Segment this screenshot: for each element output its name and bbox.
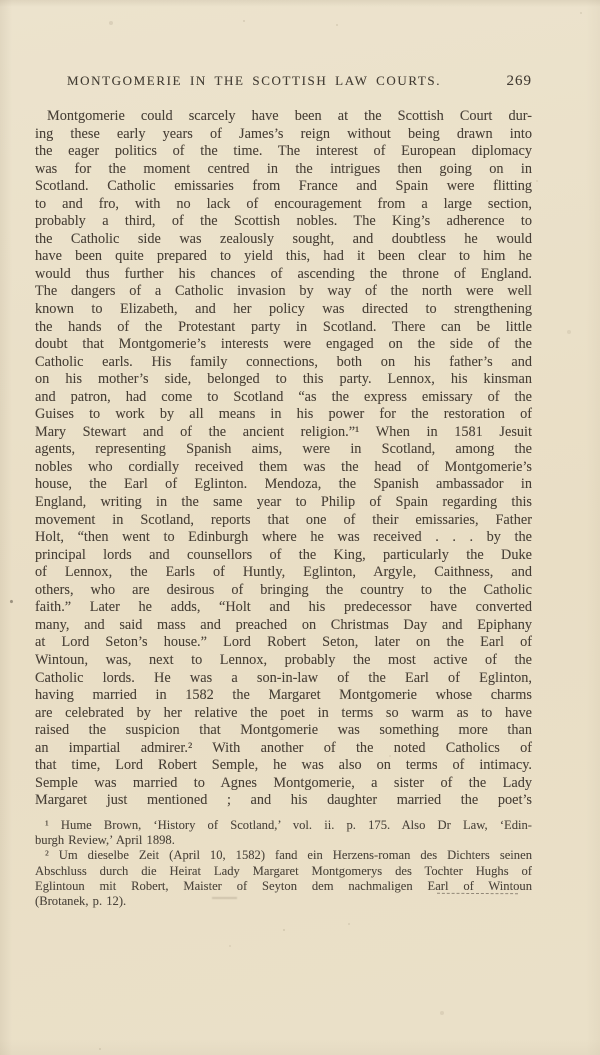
text-line: an impartial admirer.² With another of t… [35, 740, 532, 758]
text-line: Semple was married to Agnes Montgomerie,… [35, 775, 532, 793]
text-line: Holt, “then went to Edinburgh where he w… [35, 529, 532, 547]
running-head-title: MONTGOMERIE IN THE SCOTTISH LAW COURTS. [35, 73, 441, 89]
footnote-line: ¹ Hume Brown, ‘History of Scotland,’ vol… [35, 818, 532, 833]
text-line: nobles who cordially received them was t… [35, 459, 532, 477]
text-line: faith.” Later he adds, “Holt and his pre… [35, 599, 532, 617]
book-page: MONTGOMERIE IN THE SCOTTISH LAW COURTS. … [0, 0, 600, 1055]
text-line: many, and said mass and preached on Chri… [35, 617, 532, 635]
pencil-smudge-mark [212, 897, 237, 899]
text-line: movement in Scotland, reports that one o… [35, 512, 532, 530]
text-line: others, who are desirous of bringing the… [35, 582, 532, 600]
text-line: house, the Earl of Eglinton. Mendoza, th… [35, 476, 532, 494]
page-number: 269 [507, 73, 533, 90]
text-line: ing these early years of James’s reign w… [35, 126, 532, 144]
text-line: the hands of the Protestant party in Sco… [35, 319, 532, 337]
text-line: Wintoun, was, next to Lennox, probably t… [35, 652, 532, 670]
text-line: Catholic lords. He was a son-in-law of t… [35, 670, 532, 688]
text-line: Montgomerie could scarcely have been at … [35, 108, 532, 126]
text-line: Mary Stewart and of the ancient religion… [35, 424, 532, 442]
text-line: raised the suspicion that Montgomerie wa… [35, 722, 532, 740]
main-text-block: Montgomerie could scarcely have been at … [35, 108, 532, 810]
text-line: having married in 1582 the Margaret Mont… [35, 687, 532, 705]
text-line: the eager politics of the time. The inte… [35, 143, 532, 161]
text-line: doubt that Montgomerie’s interests were … [35, 336, 532, 354]
footnote-line: Abschluss durch die Heirat Lady Margaret… [35, 864, 532, 879]
paper-specks [0, 0, 2, 2]
text-line: would thus further his chances of ascend… [35, 266, 532, 284]
text-line: probably a third, of the Scottish nobles… [35, 213, 532, 231]
text-line: agents, representing Spanish aims, were … [35, 441, 532, 459]
text-line: are celebrated by her relative the poet … [35, 705, 532, 723]
text-line: of Lennox, the Earls of Huntly, Eglinton… [35, 564, 532, 582]
text-line: principal lords and counsellors of the K… [35, 547, 532, 565]
text-line: was for the moment centred in the intrig… [35, 161, 532, 179]
text-line: on his mother’s side, belonged to this p… [35, 371, 532, 389]
text-line: Catholic earls. His family connections, … [35, 354, 532, 372]
text-line: the Catholic side was zealously sought, … [35, 231, 532, 249]
text-line: The dangers of a Catholic invasion by wa… [35, 283, 532, 301]
text-line: to and fro, with no lack of encouragemen… [35, 196, 532, 214]
pencil-underline-mark [437, 891, 518, 894]
footnotes-block: ¹ Hume Brown, ‘History of Scotland,’ vol… [35, 818, 532, 909]
running-head: MONTGOMERIE IN THE SCOTTISH LAW COURTS. … [35, 73, 532, 90]
pencil-dot-mark [10, 600, 14, 604]
text-line: Guises to work by all means in his power… [35, 406, 532, 424]
text-line: that time, Lord Robert Semple, he was al… [35, 757, 532, 775]
text-line: known to Elizabeth, and her policy was d… [35, 301, 532, 319]
text-line: Scotland. Catholic emissaries from Franc… [35, 178, 532, 196]
footnote-line: ² Um dieselbe Zeit (April 10, 1582) fand… [35, 848, 532, 863]
text-line: have been quite prepared to yield this, … [35, 248, 532, 266]
footnote-line: burgh Review,’ April 1898. [35, 833, 532, 848]
text-line: Margaret just mentioned ; and his daught… [35, 792, 532, 810]
text-line: England, writing in the same year to Phi… [35, 494, 532, 512]
footnote-line: (Brotanek, p. 12). [35, 894, 532, 909]
text-line: and patron, had come to Scotland “as the… [35, 389, 532, 407]
text-line: at Lord Seton’s house.” Lord Robert Seto… [35, 634, 532, 652]
